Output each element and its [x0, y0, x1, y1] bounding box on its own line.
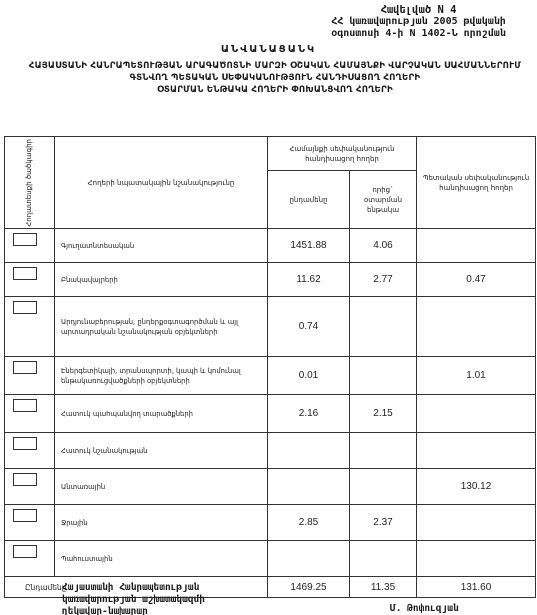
totals-of-which: 11.35: [350, 577, 417, 598]
table-row: Բնակավայրերի11.622.770.47: [5, 263, 536, 297]
land-balance-table: Հողատեսքի ծածկագիր Հողերի նպատակային նշա…: [4, 136, 536, 598]
category-label: Արդյունաբերության, ընդերքօգտագործման և ա…: [55, 297, 268, 357]
annex-decree-line: ՀՀ կառավարության 2005 թվականի: [300, 16, 537, 28]
state-cell: [417, 229, 536, 263]
table-row: Հատուկ պահպանվող տարածքների2.162.15: [5, 395, 536, 433]
category-label: Ջրային: [55, 505, 268, 541]
category-label: Էներգետիկայի, տրանսպորտի, կապի և կոմունա…: [55, 357, 268, 395]
community-of-which-cell: [350, 433, 417, 469]
totals-state: 131.60: [417, 577, 536, 598]
header-category: Հողերի նպատակային նշանակությունը: [55, 137, 268, 229]
totals-community: 1469.25: [268, 577, 350, 598]
community-total-cell: 11.62: [268, 263, 350, 297]
code-cell: [5, 469, 55, 505]
community-of-which-cell: 2.37: [350, 505, 417, 541]
state-cell: 1.01: [417, 357, 536, 395]
code-box: [13, 399, 37, 412]
community-of-which-cell: 4.06: [350, 229, 417, 263]
code-box: [13, 509, 37, 522]
category-label: Անտառային: [55, 469, 268, 505]
code-box: [13, 233, 37, 246]
code-cell: [5, 395, 55, 433]
community-of-which-cell: [350, 541, 417, 577]
state-cell: [417, 505, 536, 541]
code-cell: [5, 263, 55, 297]
code-cell: [5, 357, 55, 395]
code-cell: [5, 505, 55, 541]
community-total-cell: 0.01: [268, 357, 350, 395]
community-of-which-cell: [350, 357, 417, 395]
header-community-group: Համայնքի սեփականություն հանդիսացող հողեր: [268, 137, 417, 171]
table-row: Էներգետիկայի, տրանսպորտի, կապի և կոմունա…: [5, 357, 536, 395]
signatory-line: ղեկավար-նախարար: [62, 606, 205, 615]
subtitle-line: ՀԱՅԱՍՏԱՆԻ ՀԱՆՐԱՊԵՏՈՒԹՅԱՆ ԱՐԱԳԱԾՈՏՆԻ ՄԱՐԶ…: [20, 60, 530, 84]
code-box: [13, 361, 37, 374]
header-state: Պետական սեփականություն հանդիսացող հողեր: [417, 137, 536, 229]
code-box: [13, 437, 37, 450]
community-of-which-cell: 2.77: [350, 263, 417, 297]
code-cell: [5, 297, 55, 357]
state-cell: 130.12: [417, 469, 536, 505]
community-of-which-cell: 2.15: [350, 395, 417, 433]
table-row: Անտառային130.12: [5, 469, 536, 505]
community-of-which-cell: [350, 297, 417, 357]
state-cell: [417, 541, 536, 577]
state-cell: [417, 395, 536, 433]
table-row: Պահուստային: [5, 541, 536, 577]
community-total-cell: [268, 433, 350, 469]
signatory-line: Հայաստանի Հանրապետության: [62, 582, 205, 594]
code-cell: [5, 433, 55, 469]
header-of-which: որից` օտարման ենթակա: [350, 171, 417, 229]
community-total-cell: [268, 469, 350, 505]
table-row: Գյուղատնտեսական1451.884.06: [5, 229, 536, 263]
state-cell: [417, 433, 536, 469]
category-label: Բնակավայրերի: [55, 263, 268, 297]
code-cell: [5, 541, 55, 577]
header-code: Հողատեսքի ծածկագիր: [5, 137, 55, 229]
community-total-cell: 1451.88: [268, 229, 350, 263]
code-cell: [5, 229, 55, 263]
annex-decree-date: օգոստոսի 4-ի N 1402-Ն որոշման: [300, 28, 537, 40]
community-total-cell: 2.85: [268, 505, 350, 541]
code-box: [13, 473, 37, 486]
category-label: Հատուկ նշանակության: [55, 433, 268, 469]
signatory-name: Մ. Թոփուզյան: [390, 603, 459, 614]
category-label: Հատուկ պահպանվող տարածքների: [55, 395, 268, 433]
signatory-line: կառավարության աշխատակազմի: [62, 594, 205, 606]
code-box: [13, 545, 37, 558]
state-cell: [417, 297, 536, 357]
state-cell: 0.47: [417, 263, 536, 297]
category-label: Գյուղատնտեսական: [55, 229, 268, 263]
subtitle-line: ՕՏԱՐՄԱՆ ԵՆԹԱԿԱ ՀՈՂԵՐԻ ՓՈԽԱՆՑՎՈՂ ՀՈՂԵՐԻ: [20, 84, 530, 96]
code-box: [13, 267, 37, 280]
community-total-cell: 2.16: [268, 395, 350, 433]
annex-reference: Հավելված N 4 ՀՀ կառավարության 2005 թվակա…: [300, 4, 537, 40]
annex-number: Հավելված N 4: [300, 4, 537, 16]
community-of-which-cell: [350, 469, 417, 505]
community-total-cell: 0.74: [268, 297, 350, 357]
category-label: Պահուստային: [55, 541, 268, 577]
document-subtitle: ՀԱՅԱՍՏԱՆԻ ՀԱՆՐԱՊԵՏՈՒԹՅԱՆ ԱՐԱԳԱԾՈՏՆԻ ՄԱՐԶ…: [20, 60, 530, 96]
signatory-title: Հայաստանի Հանրապետության կառավարության ա…: [62, 582, 205, 615]
document-title: ԱՆՎԱՆԱՑԱՆԿ: [0, 44, 537, 55]
code-box: [13, 301, 37, 314]
community-total-cell: [268, 541, 350, 577]
table-row: Հատուկ նշանակության: [5, 433, 536, 469]
header-total: ընդամենը: [268, 171, 350, 229]
table-row: Ջրային2.852.37: [5, 505, 536, 541]
table-row: Արդյունաբերության, ընդերքօգտագործման և ա…: [5, 297, 536, 357]
